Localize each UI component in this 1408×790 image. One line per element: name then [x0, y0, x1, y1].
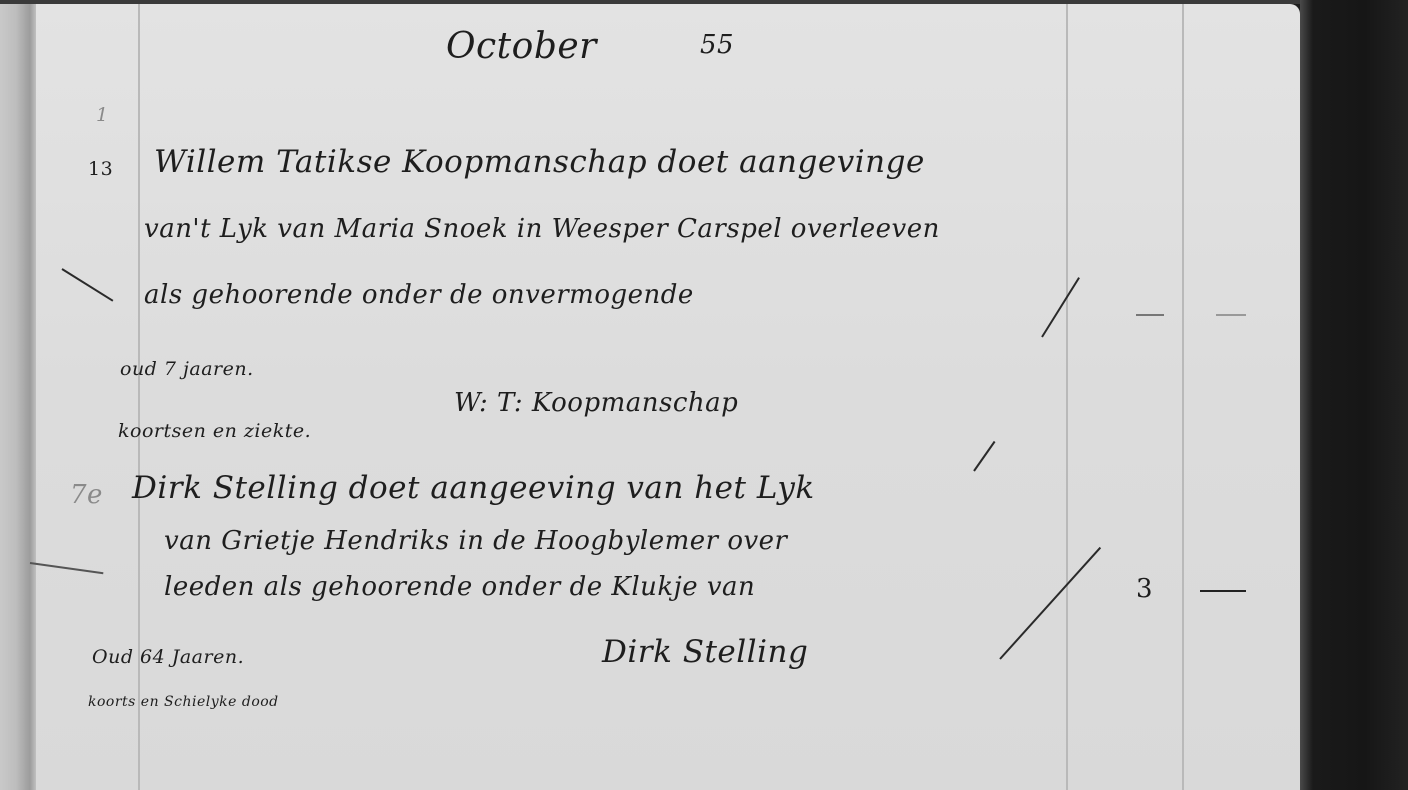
margin-rule-left — [138, 4, 140, 790]
column-rule-2 — [1182, 4, 1184, 790]
scan-top-edge — [0, 0, 1300, 4]
entry-2-top-tick — [973, 441, 995, 472]
entry-1-date: 13 — [88, 158, 113, 180]
entry-1-age: oud 7 jaaren. — [120, 358, 254, 380]
register-page: October 55 1 13 Willem Tatikse Koopmansc… — [36, 4, 1300, 790]
entry-2-margin-stroke — [30, 562, 104, 574]
column-rule-1 — [1066, 4, 1068, 790]
entry-1-line-2: van't Lyk van Maria Snoek in Weesper Car… — [144, 214, 940, 244]
entry-2-line-3: leeden als gehoorende onder de Klukje va… — [164, 572, 755, 602]
entry-2-age: Oud 64 Jaaren. — [92, 646, 244, 668]
book-binding-dark-edge — [1300, 0, 1408, 790]
entry-2-amount: 3 — [1136, 574, 1153, 604]
entry-2-amount-slash — [999, 547, 1101, 660]
entry-2-date: 7e — [70, 480, 103, 510]
entry-2-amount-dash — [1200, 590, 1246, 592]
entry-1-amount-dash-1 — [1136, 314, 1164, 316]
entry-2-signature: Dirk Stelling — [602, 634, 808, 670]
scan-left-edge-shadow — [0, 0, 40, 790]
entry-2-line-1: Dirk Stelling doet aangeeving van het Ly… — [132, 470, 815, 506]
month-heading: October — [446, 26, 597, 67]
entry-1-cause: koortsen en ziekte. — [118, 420, 311, 442]
entry-1-margin-mark: 1 — [96, 104, 109, 126]
entry-1-line-1: Willem Tatikse Koopmanschap doet aangevi… — [154, 144, 925, 180]
page-number: 55 — [700, 30, 734, 60]
entry-1-amount-dash-2 — [1216, 314, 1246, 316]
entry-1-margin-stroke — [61, 268, 113, 301]
entry-2-cause: koorts en Schielyke dood — [88, 694, 279, 710]
entry-1-signature: W: T: Koopmanschap — [454, 388, 738, 418]
entry-1-line-3: als gehoorende onder de onvermogende — [144, 280, 694, 310]
entry-1-amount-slash — [1041, 277, 1080, 337]
entry-2-line-2: van Grietje Hendriks in de Hoogbylemer o… — [164, 526, 788, 556]
